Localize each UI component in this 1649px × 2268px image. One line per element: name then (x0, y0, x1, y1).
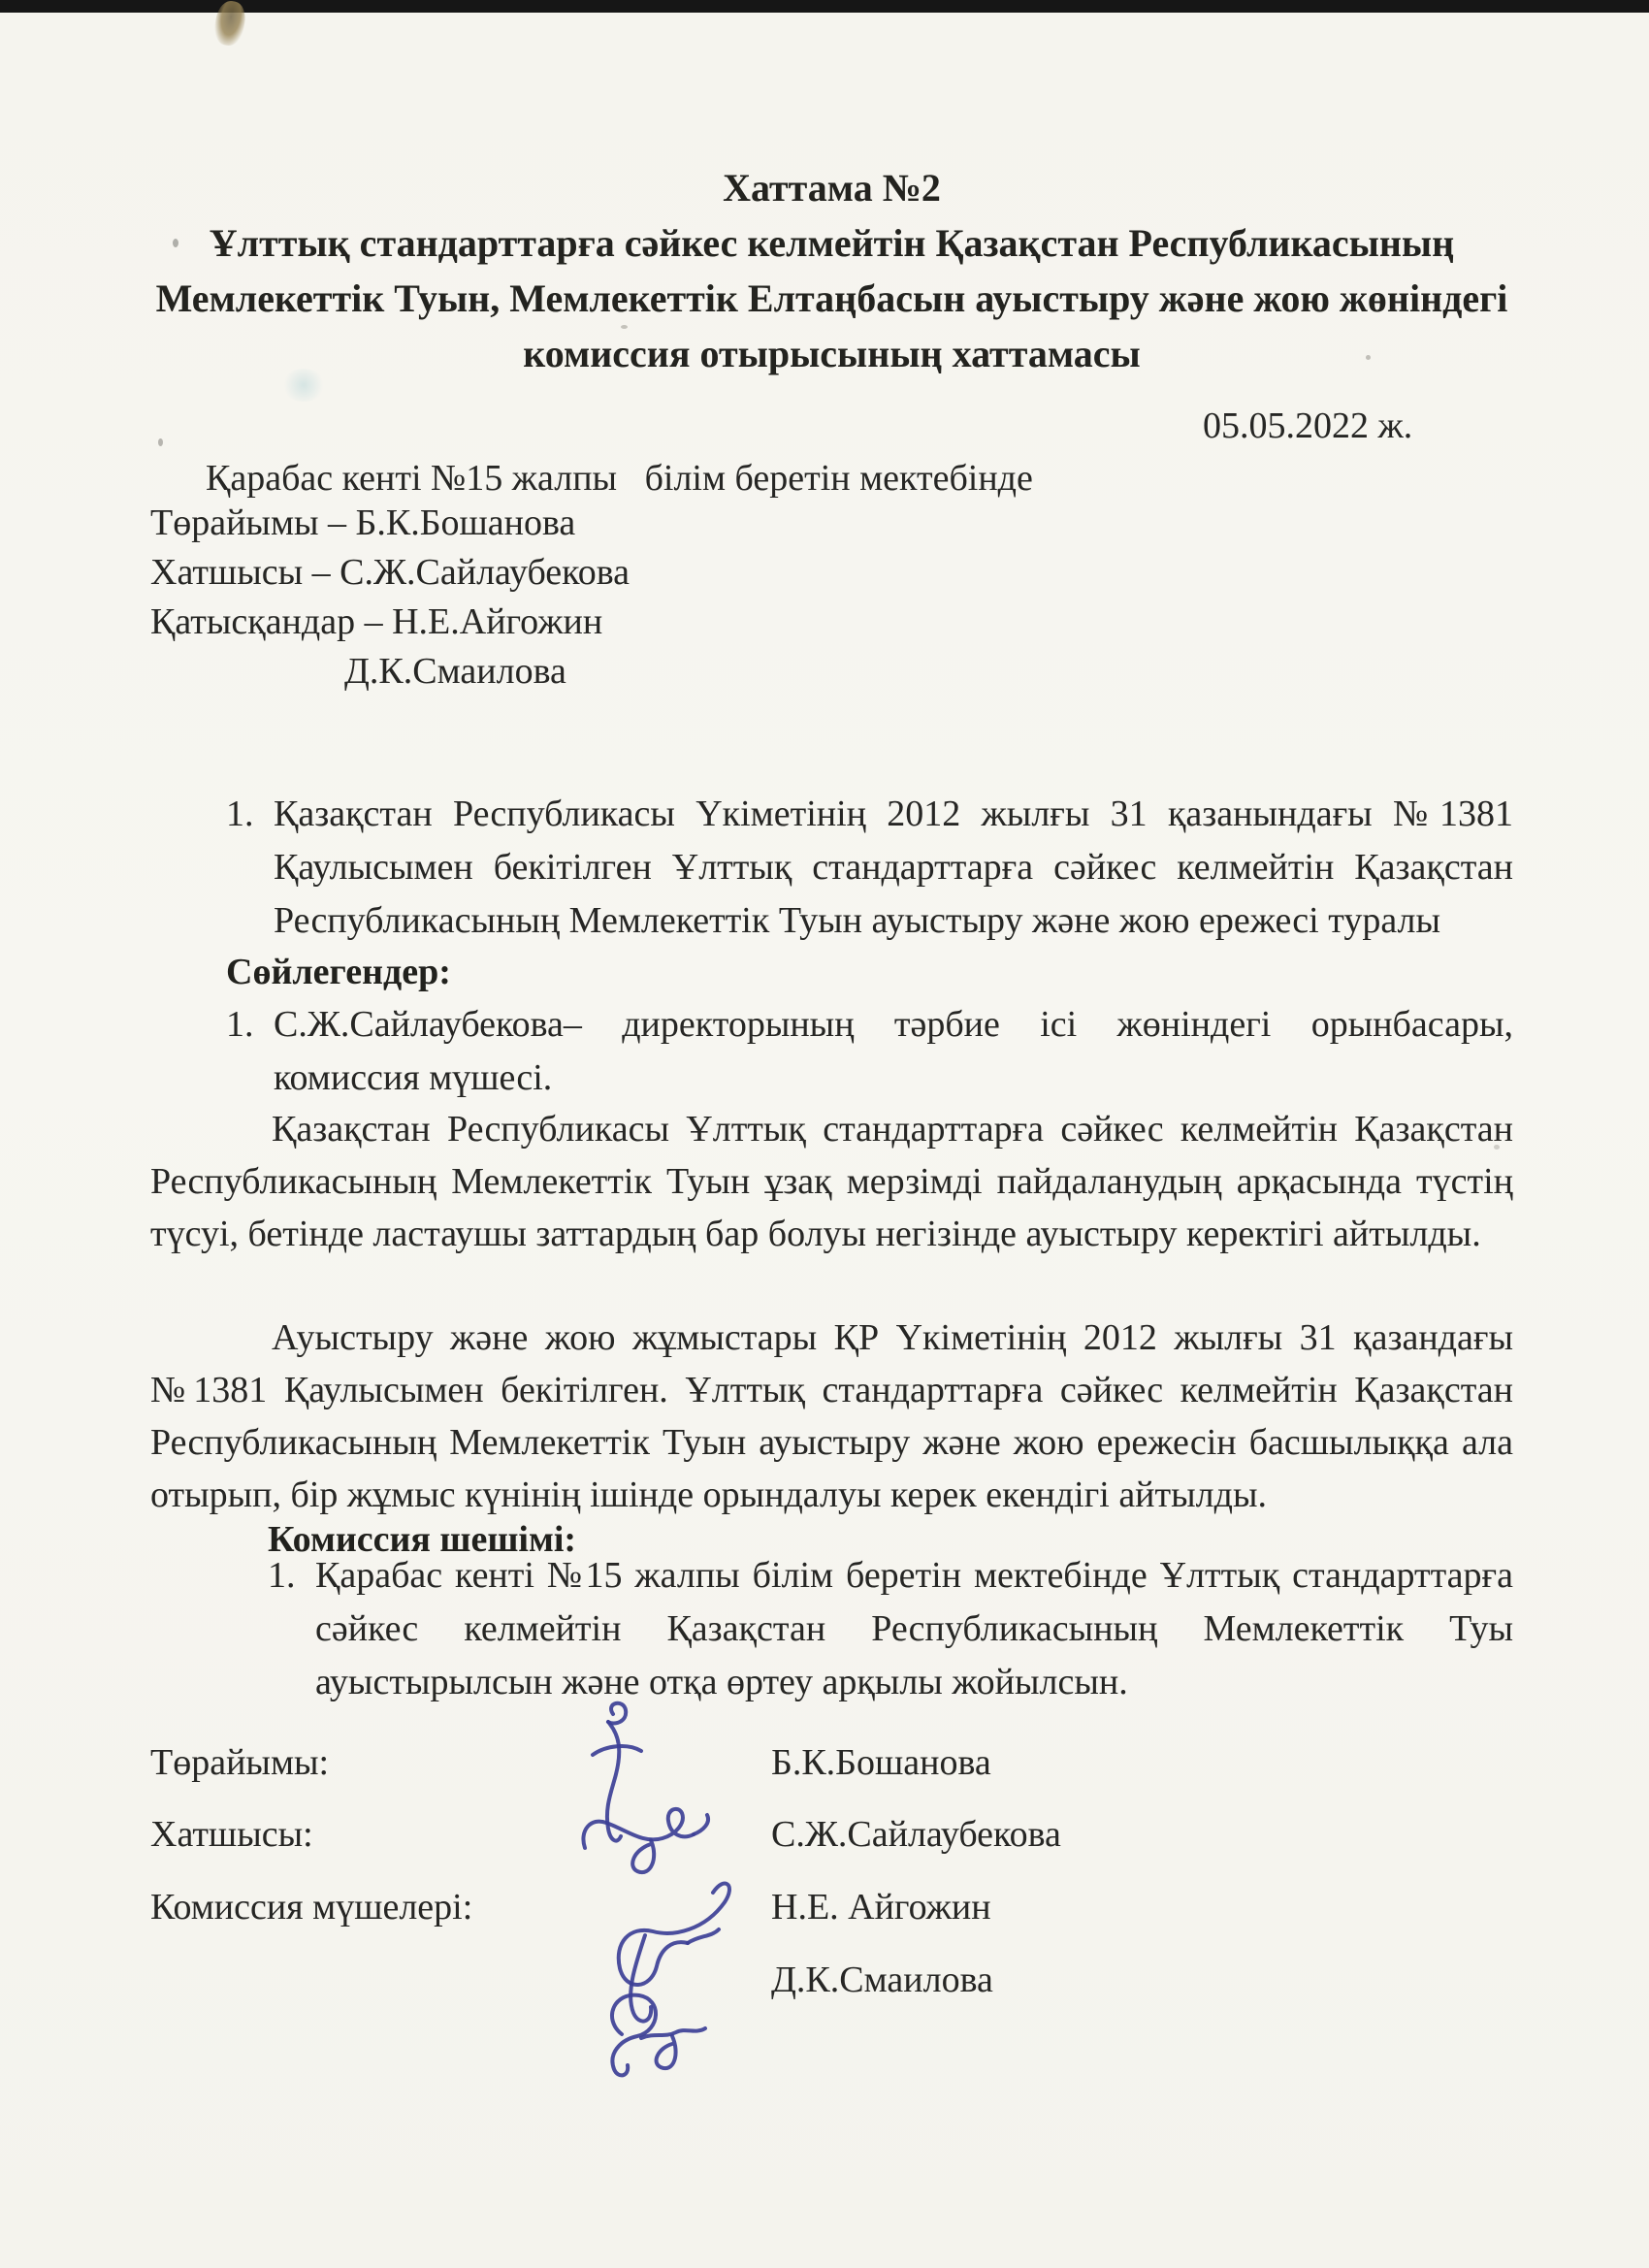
speaker-item: 1.С.Ж.Сайлаубекова– директорының тәрбие … (274, 998, 1513, 1105)
agenda-item-number: 1. (226, 788, 274, 841)
signature-ink-secretary (583, 1809, 708, 1872)
speaker-item-number: 1. (226, 998, 274, 1052)
decision-item: 1.Қарабас кенті №15 жалпы білім беретін … (315, 1549, 1513, 1709)
title-line-1: Хаттама №2 (150, 160, 1513, 215)
scanned-protocol-document: Хаттама №2 Ұлттық стандарттарға сәйкес к… (0, 0, 1649, 2268)
document-date: 05.05.2022 ж. (1203, 400, 1412, 452)
venue-text: Қарабас кенті №15 жалпы білім беретін ме… (206, 458, 1033, 499)
decision-item-number: 1. (268, 1549, 315, 1603)
title-line-2: Ұлттық стандарттарға сәйкес келмейтін Қа… (150, 215, 1513, 271)
signature-name-member-1: Н.Е. Айгожин (771, 1883, 991, 1931)
title-line-3: Мемлекеттік Туын, Мемлекеттік Елтаңбасын… (150, 271, 1513, 326)
signature-name-secretary: С.Ж.Сайлаубекова (771, 1810, 1061, 1859)
speaker-item-text: С.Ж.Сайлаубекова– директорының тәрбие іс… (274, 1004, 1513, 1098)
attendee-line-participants: Қатысқандар – Н.Е.Айгожин (150, 598, 1513, 647)
signature-ink-member-1 (619, 1884, 729, 2022)
speakers-heading: Сөйлегендер: (226, 946, 1589, 998)
agenda-item: 1.Қазақстан Республикасы Үкіметінің 2012… (274, 788, 1513, 948)
body-paragraph-1: Қазақстан Республикасы Ұлттық стандартта… (150, 1103, 1513, 1260)
signature-name-member-2: Д.К.Смаилова (771, 1956, 993, 2004)
attendees-block: Төрайымы – Б.К.Бошанова Хатшысы – С.Ж.Са… (150, 499, 1513, 697)
decision-item-text: Қарабас кенті №15 жалпы білім беретін ме… (315, 1555, 1513, 1702)
document-title: Хаттама №2 Ұлттық стандарттарға сәйкес к… (150, 160, 1513, 381)
signature-name-chair: Б.К.Бошанова (771, 1738, 991, 1787)
handwritten-signatures (558, 1693, 791, 2120)
document-content: Хаттама №2 Ұлттық стандарттарға сәйкес к… (150, 0, 1513, 2268)
signature-label-members: Комиссия мүшелері: (150, 1883, 472, 1931)
title-line-4: комиссия отырысының хаттамасы (150, 326, 1513, 381)
signature-label-chair: Төрайымы: (150, 1738, 329, 1787)
attendee-line-participant-2: Д.К.Смаилова (150, 647, 1513, 697)
body-paragraph-2: Ауыстыру және жою жұмыстары ҚР Үкіметіні… (150, 1312, 1513, 1521)
signature-ink-member-2 (612, 1995, 705, 2076)
agenda-item-text: Қазақстан Республикасы Үкіметінің 2012 ж… (274, 794, 1513, 941)
attendee-line-secretary: Хатшысы – С.Ж.Сайлаубекова (150, 548, 1513, 598)
signature-label-secretary: Хатшысы: (150, 1810, 313, 1859)
attendee-line-chair: Төрайымы – Б.К.Бошанова (150, 499, 1513, 548)
